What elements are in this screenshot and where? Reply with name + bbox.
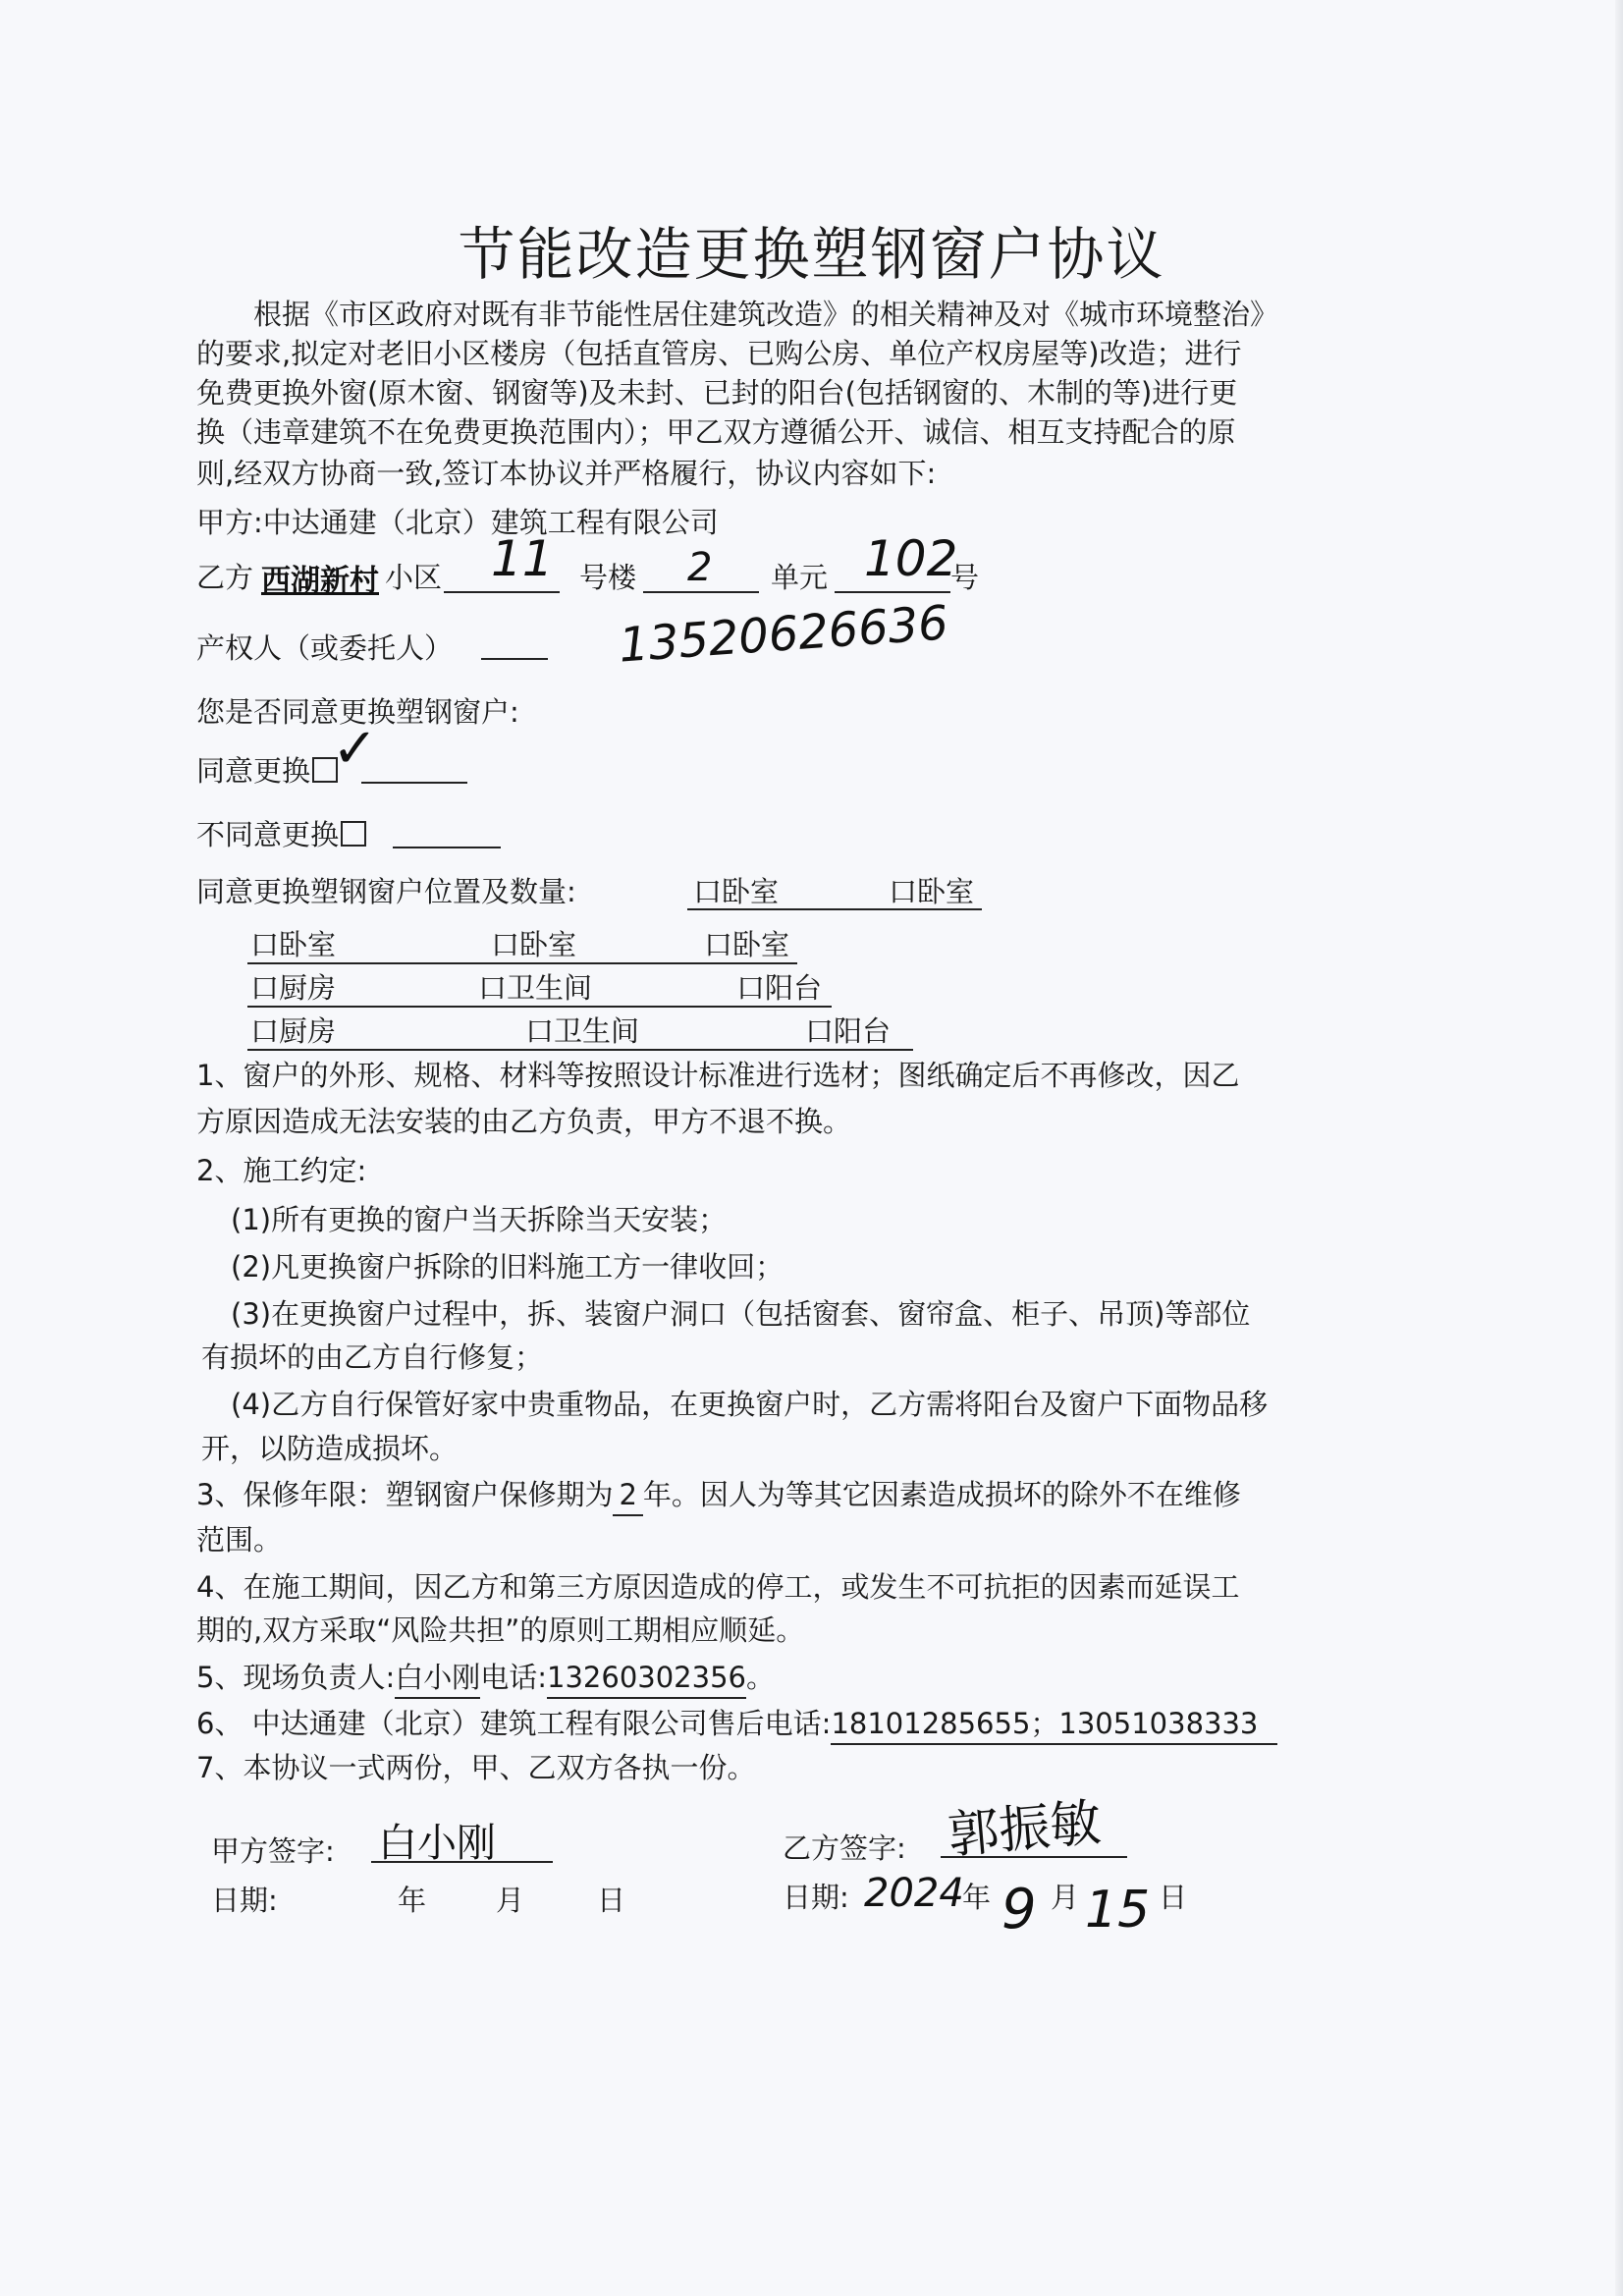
agree-blank[interactable] [361,782,467,784]
owner-blank[interactable] [481,658,548,660]
intro-line-2: 的要求,拟定对老旧小区楼房（包括直管房、已购公房、单位产权房屋等)改造；进行 [196,334,1242,373]
unit-label: 单元 [771,558,828,597]
intro-line-4: 换（违章建筑不在免费更换范围内）；甲乙双方遵循公开、诚信、相互支持配合的原 [196,412,1236,452]
location-bedroom-3[interactable]: 口卧室 [250,925,336,964]
unit-value[interactable]: 2 [687,545,712,590]
clause-6: 6、 中达通建（北京）建筑工程有限公司售后电话:18101285655；1305… [196,1704,1277,1745]
party-b-signature-line [941,1856,1127,1858]
warranty-years: 2 [613,1475,642,1516]
clause-1-line-2: 方原因造成无法安装的由乙方负责，甲方不退不换。 [196,1102,851,1141]
owner-label: 产权人（或委托人） [196,629,453,668]
page-edge [1615,0,1623,2296]
room-label: 号 [950,558,979,597]
party-a-signature-label: 甲方签字: [211,1831,335,1871]
clause-2-heading: 2、施工约定: [196,1151,366,1190]
community-suffix: 小区 [385,558,442,597]
building-label: 号楼 [579,558,636,597]
clause-5: 5、现场负责人:白小刚电话:13260302356。 [196,1658,775,1699]
location-bedroom-4[interactable]: 口卧室 [491,925,576,964]
location-bedroom-5[interactable]: 口卧室 [704,925,789,964]
clause-4-line-1: 4、在施工期间，因乙方和第三方原因造成的停工，或发生不可抗拒的因素而延误工 [196,1567,1239,1607]
location-balcony-2[interactable]: 口阳台 [805,1011,891,1051]
party-b-date-label: 日期: [783,1878,849,1917]
party-b-month-value[interactable]: 9 [1001,1878,1037,1941]
party-a-signature-line [371,1861,553,1863]
owner-phone-handwritten[interactable]: 13520626636 [617,595,949,673]
locations-row4-underline [247,1049,913,1051]
room-blank[interactable] [835,591,950,593]
clause-1-line-1: 1、窗户的外形、规格、材料等按照设计标准进行选材；图纸确定后不再修改，因乙 [196,1056,1239,1095]
disagree-blank[interactable] [393,847,501,848]
locations-row3-underline [247,1006,832,1008]
party-b-month-label: 月 [1051,1878,1079,1917]
clause-6-prefix: 6、 中达通建（北京）建筑工程有限公司售后电话: [196,1707,831,1740]
party-a: 甲方:中达通建（北京）建筑工程有限公司 [196,503,719,542]
disagree-label: 不同意更换 [196,818,339,851]
party-a-signature[interactable]: 白小刚 [378,1812,496,1868]
location-balcony-1[interactable]: 口阳台 [736,968,822,1008]
building-value[interactable]: 11 [491,530,554,587]
party-b-year-label: 年 [962,1878,991,1917]
clause-7: 7、本协议一式两份，甲、乙双方各执一份。 [196,1748,755,1787]
locations-row2-underline [247,962,797,964]
party-b-day-value[interactable]: 15 [1085,1881,1150,1940]
clause-2-3-line-1: (3)在更换窗户过程中，拆、装窗户洞口（包括窗套、窗帘盒、柜子、吊顶)等部位 [231,1294,1250,1334]
agree-label: 同意更换 [196,754,310,788]
clause-2-4-line-1: (4)乙方自行保管好家中贵重物品，在更换窗户时，乙方需将阳台及窗户下面物品移 [231,1385,1268,1424]
party-a-date-label: 日期: [211,1881,278,1920]
party-a-day-label: 日 [597,1881,625,1920]
clause-5-end: 。 [746,1661,775,1694]
locations-label: 同意更换塑钢窗户位置及数量: [196,872,576,911]
party-a-label: 甲方: [196,506,263,539]
party-a-month-label: 月 [496,1881,524,1920]
location-kitchen-1[interactable]: 口厨房 [250,968,336,1008]
location-bedroom-1[interactable]: 口卧室 [693,872,779,911]
disagree-option: 不同意更换 [196,815,368,854]
clause-3-line-1: 3、保修年限：塑钢窗户保修期为2年。因人为等其它因素造成损坏的除外不在维修 [196,1475,1241,1516]
party-b-day-label: 日 [1159,1878,1187,1917]
clause-2-1: (1)所有更换的窗户当天拆除当天安装； [231,1200,727,1239]
location-bathroom-1[interactable]: 口卫生间 [478,968,592,1008]
after-sales-phones: 18101285655；13051038333 [831,1704,1277,1745]
unit-blank[interactable] [643,591,759,593]
party-b-signature[interactable]: 郭振敏 [945,1780,1104,1867]
clause-5-phone-label: 电话: [480,1661,547,1694]
location-bedroom-2[interactable]: 口卧室 [889,872,974,911]
party-a-year-label: 年 [398,1881,426,1920]
clause-3-line-2: 范围。 [196,1520,282,1559]
clause-4-line-2: 期的,双方采取“风险共担”的原则工期相应顺延。 [196,1611,804,1650]
disagree-checkbox[interactable] [341,821,366,847]
clause-2-2: (2)凡更换窗户拆除的旧料施工方一律收回； [231,1247,784,1286]
clause-3-prefix: 3、保修年限：塑钢窗户保修期为 [196,1478,613,1511]
room-value[interactable]: 102 [864,530,957,587]
document-title: 节能改造更换塑钢窗户协议 [0,208,1623,291]
party-b-year-value[interactable]: 2024 [864,1871,964,1916]
clause-2-3-line-2: 有损坏的由乙方自行修复； [201,1338,543,1377]
intro-line-1: 根据《市区政府对既有非节能性居住建筑改造》的相关精神及对《城市环境整治》 [253,295,1278,334]
party-b-signature-label: 乙方签字: [783,1829,906,1868]
site-manager-name: 白小刚 [395,1658,480,1699]
site-manager-phone: 13260302356 [547,1658,746,1699]
agree-check-mark-icon: ✓ [332,717,378,781]
agree-option: 同意更换 [196,751,340,791]
community-handwritten[interactable]: 西湖新村 [261,556,379,599]
locations-row1-underline [687,908,982,910]
location-kitchen-2[interactable]: 口厨房 [250,1011,336,1051]
clause-5-prefix: 5、现场负责人: [196,1661,395,1694]
party-b-label: 乙方 [196,558,253,597]
clause-3-suffix: 年。因人为等其它因素造成损坏的除外不在维修 [643,1478,1241,1511]
building-blank[interactable] [444,591,560,593]
intro-line-5: 则,经双方协商一致,签订本协议并严格履行，协议内容如下: [196,454,936,493]
intro-line-3: 免费更换外窗(原木窗、钢窗等)及未封、已封的阳台(包括钢窗的、木制的等)进行更 [196,373,1237,412]
location-bathroom-2[interactable]: 口卫生间 [525,1011,639,1051]
clause-2-4-line-2: 开，以防造成损坏。 [201,1429,458,1468]
